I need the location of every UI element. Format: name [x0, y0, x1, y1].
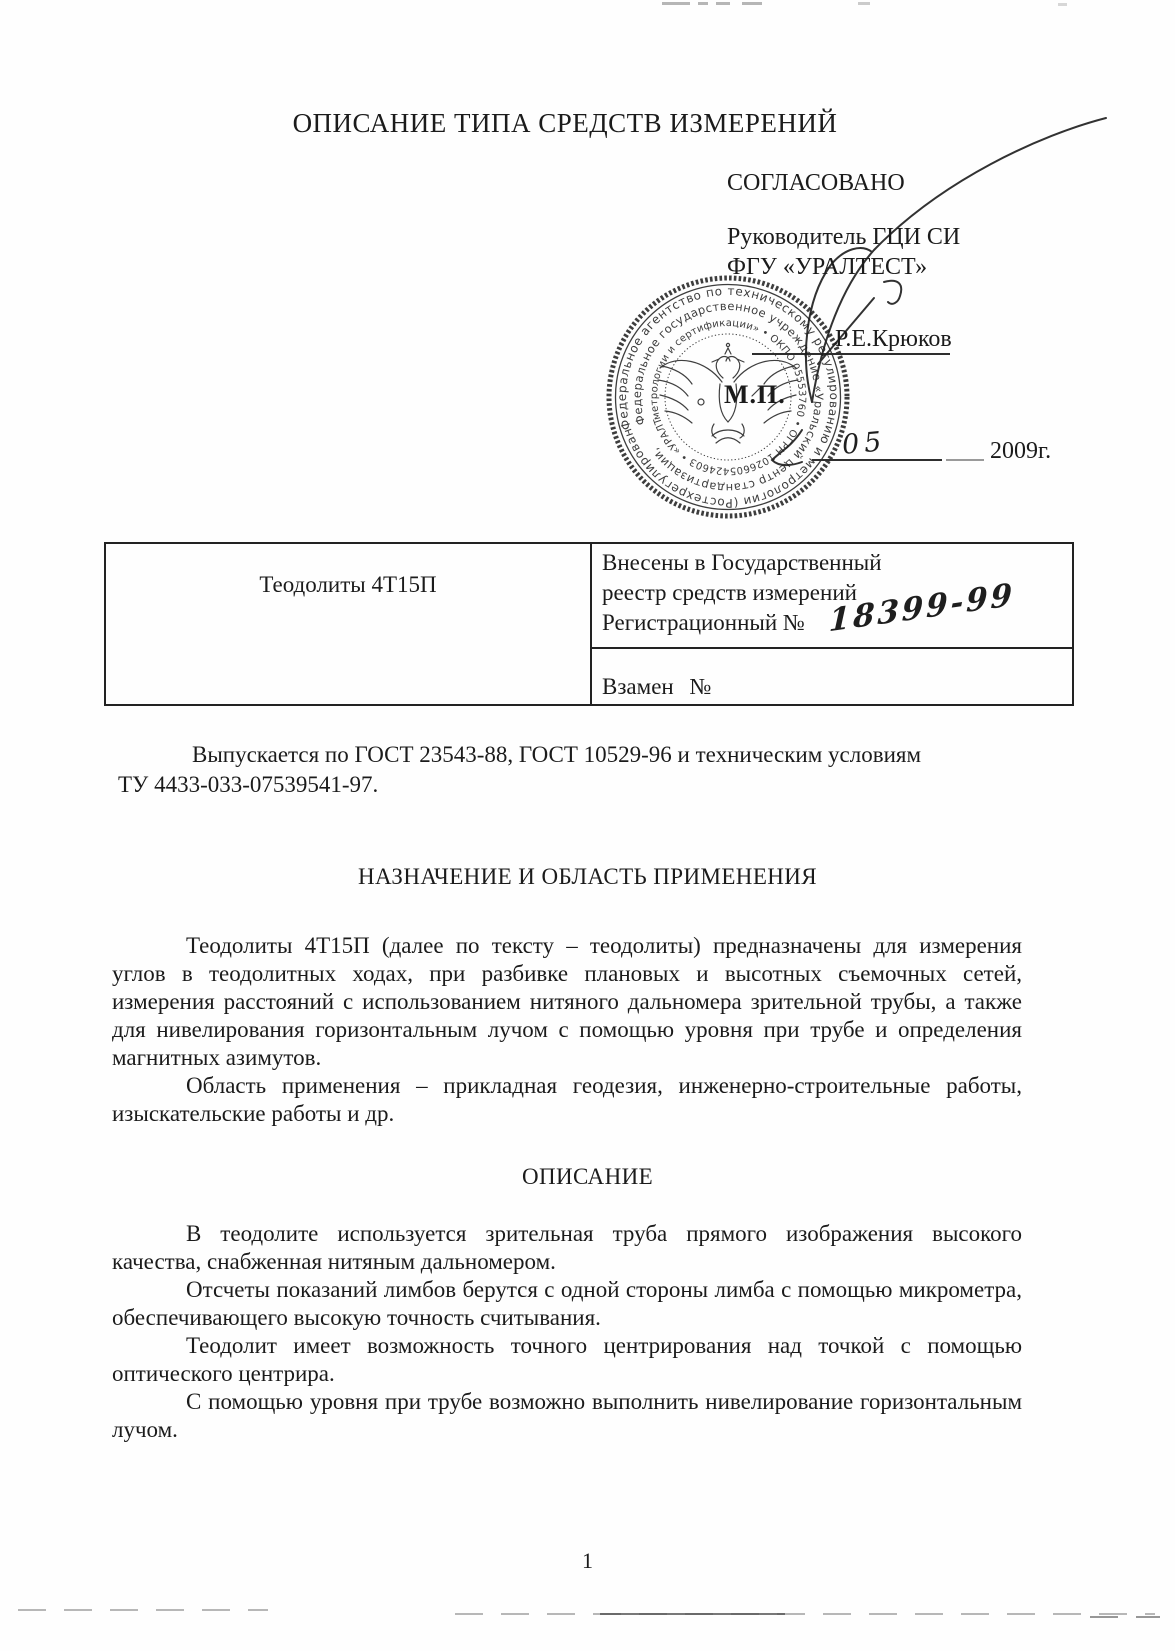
registry-entry-line: Внесены в Государственный	[602, 548, 882, 578]
seal-place-mark: М.П.	[724, 380, 786, 410]
scan-noise	[716, 2, 730, 5]
scan-noise	[1058, 3, 1067, 6]
registry-table: Теодолиты 4Т15П Внесены в Государственны…	[104, 542, 1074, 706]
scan-noise	[742, 2, 762, 5]
paragraph: Теодолит имеет возможность точного центр…	[112, 1332, 1022, 1388]
date-year: 2009г.	[990, 438, 1051, 465]
paragraph: С помощью уровня при трубе возможно выпо…	[112, 1388, 1022, 1444]
paragraph: Отсчеты показаний лимбов берутся с одной…	[112, 1276, 1022, 1332]
section-heading-description: ОПИСАНИЕ	[0, 1164, 1175, 1190]
replaces-number-cell: Взамен №	[602, 674, 711, 700]
scanned-document-page: ОПИСАНИЕ ТИПА СРЕДСТВ ИЗМЕРЕНИЙ СОГЛАСОВ…	[0, 0, 1175, 1651]
scan-noise	[662, 2, 690, 5]
signer-role-line1: Руководитель ГЦИ СИ	[727, 224, 960, 251]
section-heading-purpose: НАЗНАЧЕНИЕ И ОБЛАСТЬ ПРИМЕНЕНИЯ	[0, 864, 1175, 890]
scan-noise	[1090, 1616, 1160, 1618]
table-column-divider	[590, 544, 592, 704]
scan-noise	[858, 2, 870, 5]
scan-noise	[18, 1609, 268, 1611]
approval-status: СОГЛАСОВАНО	[727, 170, 905, 197]
paragraph: Область применения – прикладная геодезия…	[112, 1072, 1022, 1128]
paragraph: В теодолите используется зрительная труб…	[112, 1220, 1022, 1276]
scan-noise	[455, 1613, 1155, 1615]
instrument-name-cell: Теодолиты 4Т15П	[106, 572, 590, 598]
page-number: 1	[0, 1548, 1175, 1574]
standards-paragraph: Выпускается по ГОСТ 23543-88, ГОСТ 10529…	[118, 740, 1038, 800]
paragraph: Теодолиты 4Т15П (далее по тексту – теодо…	[112, 932, 1022, 1072]
date-line-faint	[946, 459, 984, 461]
scan-noise	[698, 2, 708, 5]
scan-noise	[600, 1613, 785, 1615]
purpose-paragraphs: Теодолиты 4Т15П (далее по тексту – теодо…	[112, 932, 1022, 1128]
page-title: ОПИСАНИЕ ТИПА СРЕДСТВ ИЗМЕРЕНИЙ	[160, 108, 970, 139]
table-row-divider	[590, 647, 1072, 649]
description-paragraphs: В теодолите используется зрительная труб…	[112, 1220, 1022, 1444]
standards-line: Выпускается по ГОСТ 23543-88, ГОСТ 10529…	[118, 740, 1038, 770]
standards-line: ТУ 4433-033-07539541-97.	[118, 770, 1038, 800]
